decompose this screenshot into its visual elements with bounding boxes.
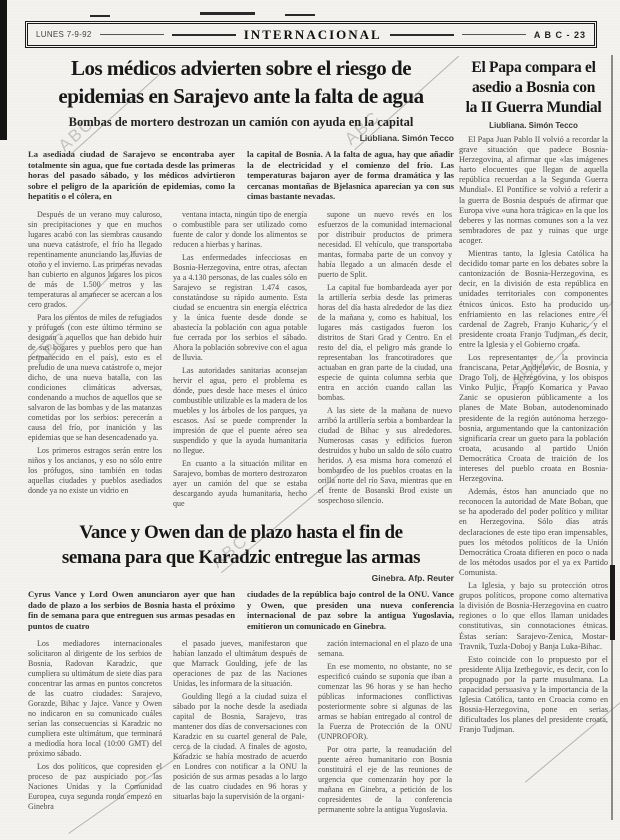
main-byline: Liubliana. Simón Tecco: [28, 133, 454, 143]
main-body-col-2: ventana intacta, ningún tipo de energía …: [173, 210, 307, 518]
pope-byline: Liubliana. Simón Tecco: [459, 121, 608, 130]
pope-body-line: Además, éstos han anunciado que no recon…: [459, 487, 608, 578]
pope-headline-line: asedio a Bosnia con: [472, 78, 595, 98]
vance-lead: Cyrus Vance y Lord Owen anunciaron ayer …: [28, 589, 454, 631]
scan-dash: [90, 15, 110, 17]
pope-headline-line: El Papa compara el: [471, 58, 595, 78]
pope-headline: El Papa compara elasedio a Bosnia conla …: [459, 58, 608, 118]
main-body-col-1-line: Para los cientos de miles de refugiados …: [28, 313, 162, 443]
main-lead-col-2: la capital de Bosnia. A la falta de agua…: [247, 149, 454, 202]
vance-headline-line: Vance y Owen dan de plazo hasta el fin d…: [79, 520, 402, 545]
vance-body-col-1: Los mediadores internacionales solicitar…: [28, 639, 162, 835]
main-lead-col-1: La asediada ciudad de Sarajevo se encont…: [28, 149, 235, 202]
vance-body-col-3-line: zación internacional en el plazo de una …: [318, 639, 452, 659]
header-rule-left: [100, 34, 164, 35]
right-edge-bar: [610, 565, 615, 640]
main-body: Después de un verano muy caluroso, sin p…: [28, 210, 454, 518]
pope-headline-line: la II Guerra Mundial: [466, 98, 602, 118]
section-header-box: LUNES 7-9-92 INTERNACIONAL A B C - 23: [25, 21, 597, 48]
vance-body-col-1-line: Los mediadores internacionales solicitar…: [28, 639, 162, 759]
vance-headline: Vance y Owen dan de plazo hasta el fin d…: [28, 520, 454, 570]
newspaper-page: LUNES 7-9-92 INTERNACIONAL A B C - 23 Lo…: [0, 0, 620, 840]
header-date: LUNES 7-9-92: [36, 30, 92, 39]
right-edge-rule: [611, 55, 613, 820]
main-body-col-3-line: supone un nuevo revés en los esfuerzos d…: [318, 210, 452, 280]
header-rule-right2: [462, 34, 526, 35]
vance-body-col-2: el pasado jueves, manifestaron que había…: [173, 639, 307, 835]
main-body-col-2-line: En cuanto a la situación militar en Sara…: [173, 459, 307, 509]
header-rule-left2: [172, 34, 236, 36]
main-body-col-3: supone un nuevo revés en los esfuerzos d…: [318, 210, 452, 518]
pope-body-line: Esto coincide con lo propuesto por el pr…: [459, 655, 608, 736]
vance-byline: Ginebra. Afp. Reuter: [28, 573, 454, 583]
vance-body-col-2-line: el pasado jueves, manifestaron que había…: [173, 639, 307, 689]
main-body-col-2-line: ventana intacta, ningún tipo de energía …: [173, 210, 307, 250]
main-subhead: Bombas de mortero destrozan un camión co…: [28, 115, 454, 130]
main-headline: Los médicos advierten sobre el riesgo de…: [28, 54, 454, 110]
main-headline-line: epidemias en Sarajevo ante la falta de a…: [58, 82, 423, 110]
article-pope: El Papa compara elasedio a Bosnia conla …: [459, 58, 608, 783]
scan-dash: [200, 12, 255, 15]
pope-body-line: Mientras tanto, la Iglesia Católica ha d…: [459, 249, 608, 350]
main-body-col-1: Después de un verano muy caluroso, sin p…: [28, 210, 162, 518]
main-body-col-1-line: Los primeros estragos serán entre los ni…: [28, 446, 162, 496]
article-vance-owen: Vance y Owen dan de plazo hasta el fin d…: [28, 520, 454, 835]
main-body-col-3-line: La capital fue bombardeada ayer por la a…: [318, 283, 452, 403]
vance-body-col-3-line: En ese momento, no obstante, no se espec…: [318, 662, 452, 742]
main-body-col-1-line: Después de un verano muy caluroso, sin p…: [28, 210, 162, 310]
main-headline-line: Los médicos advierten sobre el riesgo de: [71, 54, 411, 82]
vance-body-col-3-line: Por otra parte, la reanudación del puent…: [318, 745, 452, 815]
header-page-ref: A B C - 23: [534, 30, 586, 40]
main-lead: La asediada ciudad de Sarajevo se encont…: [28, 149, 454, 202]
vance-lead-col-1: Cyrus Vance y Lord Owen anunciaron ayer …: [28, 589, 235, 631]
vance-body: Los mediadores internacionales solicitar…: [28, 639, 454, 835]
header-rule-right: [390, 34, 454, 36]
pope-body-line: El Papa Juan Pablo II volvió a recordar …: [459, 135, 608, 246]
scan-dash: [285, 14, 315, 16]
vance-headline-line: semana para que Karadzic entregue las ar…: [62, 545, 420, 570]
main-body-col-2-line: Las enfermedades infecciosas en Bosnia-H…: [173, 253, 307, 363]
vance-lead-col-2: ciudades de la república bajo control de…: [247, 589, 454, 631]
left-edge-scan-bar: [0, 0, 7, 140]
pope-body: El Papa Juan Pablo II volvió a recordar …: [459, 135, 608, 783]
main-body-col-3-line: A las siete de la mañana de nuevo arribó…: [318, 406, 452, 506]
pope-body-line: La Iglesia, y bajo su protección otros g…: [459, 581, 608, 652]
vance-body-col-1-line: Los dos políticos, que copresiden el pro…: [28, 762, 162, 812]
vance-body-col-3: zación internacional en el plazo de una …: [318, 639, 452, 835]
main-body-col-2-line: Las autoridades sanitarias aconsejan her…: [173, 366, 307, 456]
header-section-title: INTERNACIONAL: [244, 27, 382, 43]
pope-body-line: Los representantes de la provincia franc…: [459, 353, 608, 484]
article-sarajevo: Los médicos advierten sobre el riesgo de…: [28, 54, 454, 518]
vance-body-col-2-line: Goulding llegó a la ciudad suiza el sába…: [173, 692, 307, 802]
